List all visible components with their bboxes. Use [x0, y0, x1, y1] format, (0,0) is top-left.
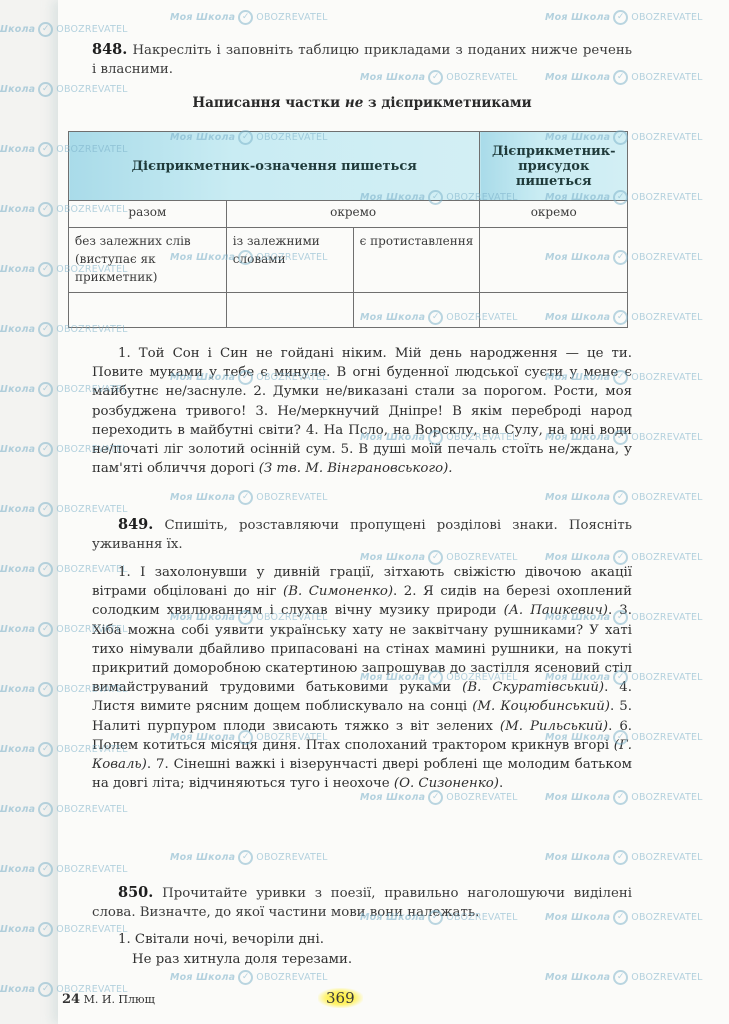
table-cell: [480, 293, 628, 328]
page-number: 369: [318, 988, 363, 1008]
source-citation: (В. Симоненко): [283, 584, 393, 599]
obozrevatel-logo-icon: ✓: [38, 622, 53, 637]
printer-signature: 24 М. И. Плющ: [62, 992, 155, 1007]
exercise-849-text: 1. І захолонувши у дивній грації, зітхаю…: [92, 563, 632, 793]
poem-line: 1. Світали ночі, вечоріли дні.: [118, 930, 352, 950]
table-cell: є протиставлення: [353, 228, 480, 293]
table-cell: [480, 228, 628, 293]
exercise-number: 848.: [92, 41, 127, 58]
obozrevatel-logo-icon: ✓: [38, 22, 53, 37]
obozrevatel-logo-icon: ✓: [38, 802, 53, 817]
obozrevatel-logo-icon: ✓: [38, 382, 53, 397]
obozrevatel-logo-icon: ✓: [38, 442, 53, 457]
subheader-separate: окремо: [226, 201, 480, 228]
obozrevatel-logo-icon: ✓: [38, 682, 53, 697]
subheader-separate-predicate: окремо: [480, 201, 628, 228]
obozrevatel-logo-icon: ✓: [38, 202, 53, 217]
exercise-848-instruction: 848. Накресліть і заповніть таблицю прик…: [92, 40, 632, 79]
source-citation: (З тв. М. Вінграновського).: [259, 461, 453, 476]
table-title: Написання частки не з дієприкметниками: [92, 95, 632, 111]
table-cell: із залежними словами: [226, 228, 353, 293]
table-header-attributive: Дієприкметник-означення пишеться: [69, 132, 480, 201]
exercise-number: 850.: [118, 884, 153, 901]
poem-excerpt: 1. Світали ночі, вечоріли дні. Не раз хи…: [118, 930, 352, 970]
exercise-849-header: 849. Спишіть, розставляючи пропущені роз…: [92, 515, 632, 554]
obozrevatel-logo-icon: ✓: [38, 562, 53, 577]
obozrevatel-logo-icon: ✓: [38, 922, 53, 937]
source-citation: (В. Скуратівський): [462, 680, 604, 695]
obozrevatel-logo-icon: ✓: [38, 742, 53, 757]
obozrevatel-logo-icon: ✓: [38, 322, 53, 337]
exercise-848-header: 848. Накресліть і заповніть таблицю прик…: [92, 40, 632, 121]
obozrevatel-logo-icon: ✓: [38, 262, 53, 277]
exercise-850-header: 850. Прочитайте уривки з поезії, правиль…: [92, 883, 632, 922]
subheader-together: разом: [69, 201, 227, 228]
source-citation: (М. Коцюбинський): [472, 699, 610, 714]
source-citation: (М. Рильський): [500, 719, 608, 734]
poem-line: Не раз хитнула доля терезами.: [118, 950, 352, 970]
table-cell: [226, 293, 353, 328]
obozrevatel-logo-icon: ✓: [38, 142, 53, 157]
exercise-849-instruction: 849. Спишіть, розставляючи пропущені роз…: [92, 515, 632, 554]
obozrevatel-logo-icon: ✓: [38, 82, 53, 97]
exercise-848-text: 1. Той Сон і Син не гойдані ніким. Мій д…: [92, 344, 632, 478]
source-citation: (О. Сизоненко): [394, 776, 499, 791]
rule-table: Дієприкметник-означення пишеться Дієприк…: [68, 131, 628, 328]
table-cell: [69, 293, 227, 328]
obozrevatel-logo-icon: ✓: [38, 982, 53, 997]
table-cell: без залежних слів (виступає як прикметни…: [69, 228, 227, 293]
obozrevatel-logo-icon: ✓: [38, 502, 53, 517]
table-cell: [353, 293, 480, 328]
exercise-number: 849.: [118, 516, 153, 533]
source-citation: (А. Пашкевич): [504, 603, 608, 618]
table-header-predicate: Дієприкметник-присудок пишеться: [480, 132, 628, 201]
obozrevatel-logo-icon: ✓: [38, 862, 53, 877]
exercise-850-instruction: 850. Прочитайте уривки з поезії, правиль…: [92, 883, 632, 922]
